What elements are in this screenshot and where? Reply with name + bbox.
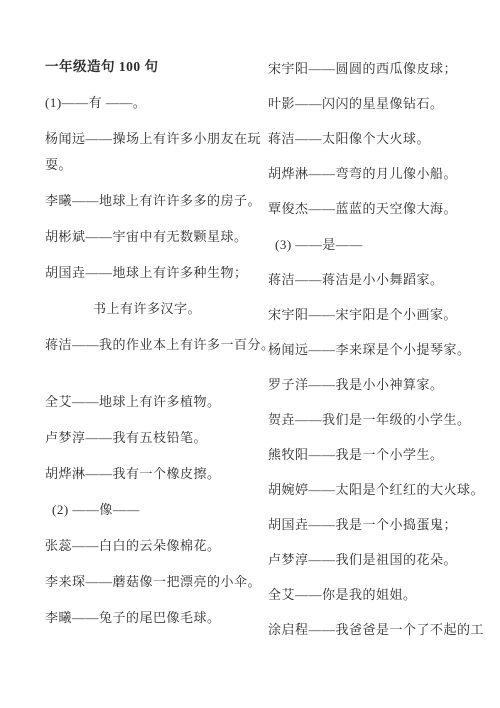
sentence-line: 宋宇阳——圆圆的西瓜像皮球； (268, 60, 480, 77)
right-column: 宋宇阳——圆圆的西瓜像皮球；叶影——闪闪的星星像钻石。蒋洁——太阳像个大火球。胡… (268, 60, 480, 638)
document-page: 一年级造句 100 句(1)——有 ——。杨闻远——操场上有许多小朋友在玩耍。李… (0, 0, 500, 708)
sentence-line: 卢梦淳——我有五枝铅笔。 (45, 429, 260, 446)
sentence-line: 耍。 (45, 156, 260, 173)
sentence-line: 覃俊杰——蓝蓝的天空像大海。 (268, 200, 480, 217)
sentence-line: 宋宇阳——宋宇阳是个小画家。 (268, 306, 480, 323)
sentence-line: 熊牧阳——我是一个小学生。 (268, 446, 480, 463)
sentence-line: 李曦——兔子的尾巴像毛球。 (45, 609, 260, 626)
sentence-line: 胡国垚——我是一个小捣蛋鬼； (268, 516, 480, 533)
sentence-line: 张蕊——白白的云朵像棉花。 (45, 537, 260, 554)
sentence-line: 胡国垚——地球上有许多种生物； (45, 264, 260, 281)
sentence-line: (2) ——像—— (45, 501, 260, 518)
sentence-line: 书上有许多汉字。 (45, 300, 260, 317)
sentence-line: 贺垚——我们是一年级的小学生。 (268, 411, 480, 428)
sentence-line: 杨闻远——操场上有许多小朋友在玩 (45, 130, 260, 147)
sentence-line: 蒋洁——太阳像个大火球。 (268, 130, 480, 147)
sentence-line: (1)——有 ——。 (45, 94, 260, 111)
sentence-line: 胡彬斌——宇宙中有无数颗星球。 (45, 228, 260, 245)
sentence-line: 胡婉婷——太阳是个红红的大火球。 (268, 481, 480, 498)
sentence-line: 全艾——你是我的姐姐。 (268, 586, 480, 603)
sentence-line: 李来琛——蘑菇像一把漂亮的小伞。 (45, 573, 260, 590)
sentence-line: 涂启程——我爸爸是一个了不起的工 (268, 621, 480, 638)
sentence-line: 全艾——地球上有许多植物。 (45, 393, 260, 410)
sentence-line: 卢梦淳——我们是祖国的花朵。 (268, 551, 480, 568)
sentence-line: 罗子洋——我是小小神算家。 (268, 376, 480, 393)
sentence-line: 蒋洁——蒋洁是小小舞蹈家。 (268, 271, 480, 288)
sentence-line: 胡烨淋——我有一个橡皮擦。 (45, 465, 260, 482)
sentence-line: 蒋洁——我的作业本上有许多一百分。 (45, 336, 260, 353)
left-column: 一年级造句 100 句(1)——有 ——。杨闻远——操场上有许多小朋友在玩耍。李… (45, 58, 260, 626)
document-title: 一年级造句 100 句 (45, 58, 260, 75)
sentence-line: 杨闻远——李来琛是个小提琴家。 (268, 341, 480, 358)
sentence-line: (3) ——是—— (268, 236, 480, 253)
sentence-line: 叶影——闪闪的星星像钻石。 (268, 95, 480, 112)
sentence-line: 李曦——地球上有许许多多的房子。 (45, 192, 260, 209)
sentence-line: 胡烨淋——弯弯的月儿像小船。 (268, 165, 480, 182)
